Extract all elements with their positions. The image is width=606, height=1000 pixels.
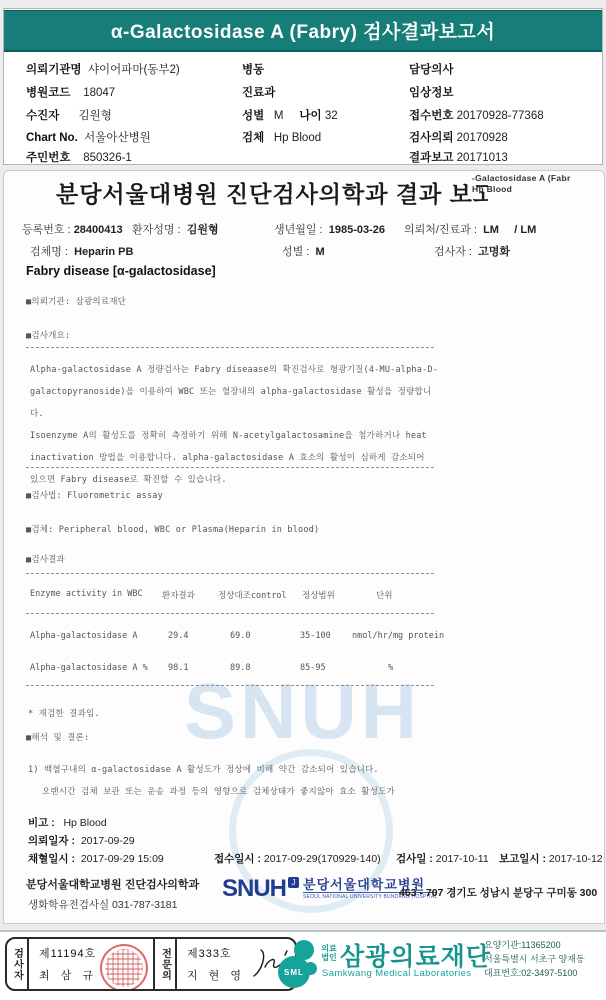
footer-address: 463 - 707 경기도 성남시 분당구 구미동 300	[399, 885, 597, 900]
field-label: 진료과	[242, 87, 275, 99]
cell-control: 89.8	[230, 663, 250, 673]
sml-logo-icon: SML	[278, 940, 318, 992]
field-value: 32	[325, 110, 338, 122]
line-result: ■검사결과	[26, 553, 65, 565]
specialist-cert-no: 제333호	[187, 945, 232, 961]
snuh-logo-badge-icon: J	[288, 877, 299, 888]
field-value: 샤이어파마(동부2)	[88, 64, 180, 76]
col-header-control: 정상대조control	[218, 589, 287, 601]
specialist-name: 지 현 영	[187, 967, 245, 983]
overview-paragraph: Alpha-galactosidase A 정량검사는 Fabry diseaa…	[30, 359, 440, 491]
report-screen: α-Galactosidase A (Fabry) 검사결과보고서 의뢰기관명 …	[0, 0, 606, 1000]
table-header-row: Enzyme activity in WBC 환자결과 정상대조control …	[4, 589, 604, 603]
examiner-name: 최 삼 규	[39, 967, 97, 983]
field-value: 김원형	[79, 110, 112, 122]
field-clinical-info: 임상정보	[409, 84, 453, 100]
field-label: 보고일시 :	[499, 853, 546, 865]
examiner-vertical-label: 검사자	[7, 939, 29, 989]
corner-note: -Galactosidase A (Fabr Hp Blood	[472, 173, 600, 195]
patient-examiner: 검사자 : 고명화	[434, 243, 510, 259]
field-value: 김원형	[187, 224, 219, 236]
field-value: 2017-10-12 15:22	[549, 853, 605, 865]
field-label: 담당의사	[409, 64, 453, 76]
report-title: α-Galactosidase A (Fabry) 검사결과보고서	[111, 17, 495, 44]
field-label: 검사일 :	[396, 853, 433, 865]
field-value: 20170928	[457, 132, 508, 144]
field-patient: 수진자 김원형	[26, 107, 112, 123]
field-label: 검사의뢰	[409, 132, 453, 144]
examiner-cert-no: 제11194호	[39, 945, 96, 961]
col-header-range: 정상범위	[302, 589, 335, 601]
field-label: 비고 :	[28, 817, 55, 829]
field-label: 의뢰기관명	[26, 64, 82, 76]
field-hospital-code: 병원코드 18047	[26, 84, 115, 100]
field-label: 의뢰일자 :	[28, 835, 75, 847]
field-label: 접수일시 :	[214, 853, 261, 865]
patient-birth: 생년월일 : 1985-03-26	[274, 221, 385, 237]
sml-logo-text: SML	[284, 968, 304, 977]
certification-strip: 검사자 제11194호 최 삼 규 전문의 제333호 지 현 영 SML 의료…	[0, 930, 606, 1000]
field-department: 진료과	[242, 84, 275, 100]
footer-department: 분당서울대학교병원 진단검사의학과	[26, 876, 199, 892]
field-value: 1985-03-26	[329, 224, 385, 236]
line-specimen: ■검체: Peripheral blood, WBC or Plasma(Hep…	[26, 523, 319, 535]
header-panel: α-Galactosidase A (Fabry) 검사결과보고서 의뢰기관명 …	[3, 8, 603, 165]
line-overview: ■검사개요:	[26, 329, 70, 341]
line-conclusion: ■해석 및 결론:	[26, 731, 89, 743]
divider-dashed	[26, 467, 434, 468]
conclusion-line1: 1) 백혈구내의 α-galactosidase A 활성도가 정상에 비해 약…	[28, 763, 379, 775]
field-chart-no: Chart No. 서울아산병원	[26, 129, 151, 145]
field-label: 의뢰처/진료과 :	[404, 224, 477, 236]
cell-test-name: Alpha-galactosidase A	[30, 631, 137, 641]
col-header-test: Enzyme activity in WBC	[30, 589, 143, 599]
divider-dashed	[26, 573, 434, 574]
patient-name: 환자성명 : 김원형	[132, 221, 219, 237]
vertical-label-text: 검사자	[10, 948, 25, 981]
field-value: 850326-1	[83, 152, 132, 164]
document-title: 분당서울대병원 진단검사의학과 결과 보고서	[56, 176, 488, 206]
field-label: 등록번호 :	[22, 224, 71, 236]
table-row: Alpha-galactosidase A % 98.1 89.8 85-95 …	[4, 663, 604, 677]
org-type-label: 의료 법인	[320, 944, 338, 962]
field-label: 검체	[242, 132, 264, 144]
field-label: 생년월일 :	[274, 224, 323, 236]
cell-patient-result: 98.1	[168, 663, 188, 673]
examiner-certification-box: 검사자 제11194호 최 삼 규 전문의 제333호 지 현 영	[5, 937, 297, 991]
field-value: / LM	[514, 224, 536, 236]
field-label: 접수번호	[409, 110, 453, 122]
field-value: Hp Blood	[274, 132, 321, 144]
corner-note-line1: -Galactosidase A (Fabr	[472, 173, 600, 184]
field-label: 성별	[242, 110, 264, 122]
field-label: 병원코드	[26, 87, 70, 99]
field-value: 2017-09-29	[81, 835, 135, 847]
divider-dashed	[26, 613, 434, 614]
note-recheck: * 재검한 결과임.	[28, 707, 100, 719]
field-value: M	[274, 110, 284, 122]
org-care-org-no: 요양기관:11365200	[484, 938, 585, 952]
table-row: Alpha-galactosidase A 29.4 69.0 35-100 n…	[4, 631, 604, 645]
lab-report-page: SNUH -Galactosidase A (Fabr Hp Blood 분당서…	[3, 170, 605, 924]
field-label: 수진자	[26, 110, 59, 122]
cell-control: 69.0	[230, 631, 250, 641]
snuh-watermark: SNUH	[184, 666, 421, 757]
field-value: 20170928-77368	[457, 110, 544, 122]
cell-test-name: Alpha-galactosidase A %	[30, 663, 148, 673]
cell-unit: %	[388, 663, 393, 673]
field-value: 2017-10-11	[436, 853, 489, 865]
field-accession-no: 접수번호 20170928-77368	[409, 107, 544, 123]
field-report-date: 결과보고 20171013	[409, 149, 508, 165]
col-header-unit: 단위	[376, 589, 392, 601]
field-value: 20171013	[457, 152, 508, 164]
field-label: 나이	[299, 110, 321, 122]
field-specimen: 검체 Hp Blood	[242, 129, 321, 145]
snuh-logo-text: SNUH	[222, 877, 286, 901]
divider-dashed	[26, 347, 434, 348]
org-type-line1: 의료	[320, 944, 338, 953]
conclusion-line2: 오랜시간 검체 보관 또는 운송 과정 등의 영향으로 검체상태가 좋지않아 효…	[42, 785, 395, 797]
cell-unit: nmol/hr/mg protein	[352, 631, 444, 641]
field-ward: 병동	[242, 61, 264, 77]
field-doctor: 담당의사	[409, 61, 453, 77]
patient-dept: 의뢰처/진료과 : LM / LM	[404, 221, 536, 237]
org-address: 서울특별시 서초구 양재동	[484, 952, 585, 966]
report-date-field: 보고일시 : 2017-10-12 15:22	[499, 851, 605, 866]
field-request-date: 검사의뢰 20170928	[409, 129, 508, 145]
line-method: ■검사법: Fluorometric assay	[26, 489, 163, 501]
field-value: 2017-09-29 15:09	[81, 853, 164, 865]
examiner-cell: 제11194호 최 삼 규	[29, 939, 153, 989]
patient-specimen: 검체명 : Heparin PB	[30, 243, 133, 259]
test-section-title: Fabry disease [α-galactosidase]	[26, 264, 216, 278]
field-label: 검사자 :	[434, 246, 472, 258]
cell-patient-result: 29.4	[168, 631, 188, 641]
divider-dashed	[26, 685, 434, 686]
corner-note-line2: Hp Blood	[472, 184, 600, 195]
specialist-vertical-label: 전문의	[153, 939, 177, 989]
line-agency: ■의뢰기관: 삼광의료재단	[26, 295, 126, 307]
receipt-date-field: 접수일시 : 2017-09-29(170929-140)	[214, 851, 381, 866]
org-type-line2: 법인	[320, 953, 338, 962]
field-label: 검체명 :	[30, 246, 68, 258]
field-label: 병동	[242, 64, 264, 76]
field-value: 28400413	[74, 224, 123, 236]
field-label: 성별 :	[282, 246, 309, 258]
footer-lab-phone: 생화학유전검사실 031-787-3181	[28, 897, 177, 912]
vertical-label-text: 전문의	[158, 948, 173, 981]
field-label: 결과보고	[409, 152, 453, 164]
org-name-english: Samkwang Medical Laboratories	[322, 968, 471, 979]
patient-reg-no: 등록번호 : 28400413	[22, 221, 123, 237]
collect-date-field: 채혈일시 : 2017-09-29 15:09	[28, 851, 164, 866]
field-value: Heparin PB	[74, 246, 133, 258]
col-header-patient-result: 환자결과	[162, 589, 195, 601]
remark-field: 비고 : Hp Blood	[28, 815, 107, 830]
field-value: 2017-09-29(170929-140)	[264, 853, 381, 865]
field-value: 18047	[83, 87, 115, 99]
field-value: M	[316, 246, 325, 258]
field-label: 임상정보	[409, 87, 453, 99]
field-value: Hp Blood	[63, 817, 106, 829]
patient-sex: 성별 : M	[282, 243, 325, 259]
field-label: 주민번호	[26, 152, 70, 164]
field-label: 환자성명 :	[132, 224, 181, 236]
cell-range: 35-100	[300, 631, 331, 641]
field-resident-no: 주민번호 850326-1	[26, 149, 132, 165]
report-title-bar: α-Galactosidase A (Fabry) 검사결과보고서	[4, 10, 602, 52]
cell-range: 85-95	[300, 663, 326, 673]
field-requesting-org: 의뢰기관명 샤이어파마(동부2)	[26, 61, 180, 77]
org-phone: 대표번호:02-3497-5100	[484, 966, 585, 980]
examiner-seal-stamp-icon	[100, 944, 148, 991]
field-label: 채혈일시 :	[28, 853, 75, 865]
field-value: 서울아산병원	[84, 132, 151, 144]
org-contact-info: 요양기관:11365200 서울특별시 서초구 양재동 대표번호:02-3497…	[484, 938, 585, 980]
field-value: LM	[483, 224, 499, 236]
field-sex-age: 성별 M 나이 32	[242, 107, 338, 123]
sml-logo-main-circle: SML	[278, 956, 310, 988]
test-date-field: 검사일 : 2017-10-11	[396, 851, 489, 866]
field-label: Chart No.	[26, 132, 78, 144]
request-date-field: 의뢰일자 : 2017-09-29	[28, 833, 135, 848]
field-value: 고명화	[478, 246, 510, 258]
